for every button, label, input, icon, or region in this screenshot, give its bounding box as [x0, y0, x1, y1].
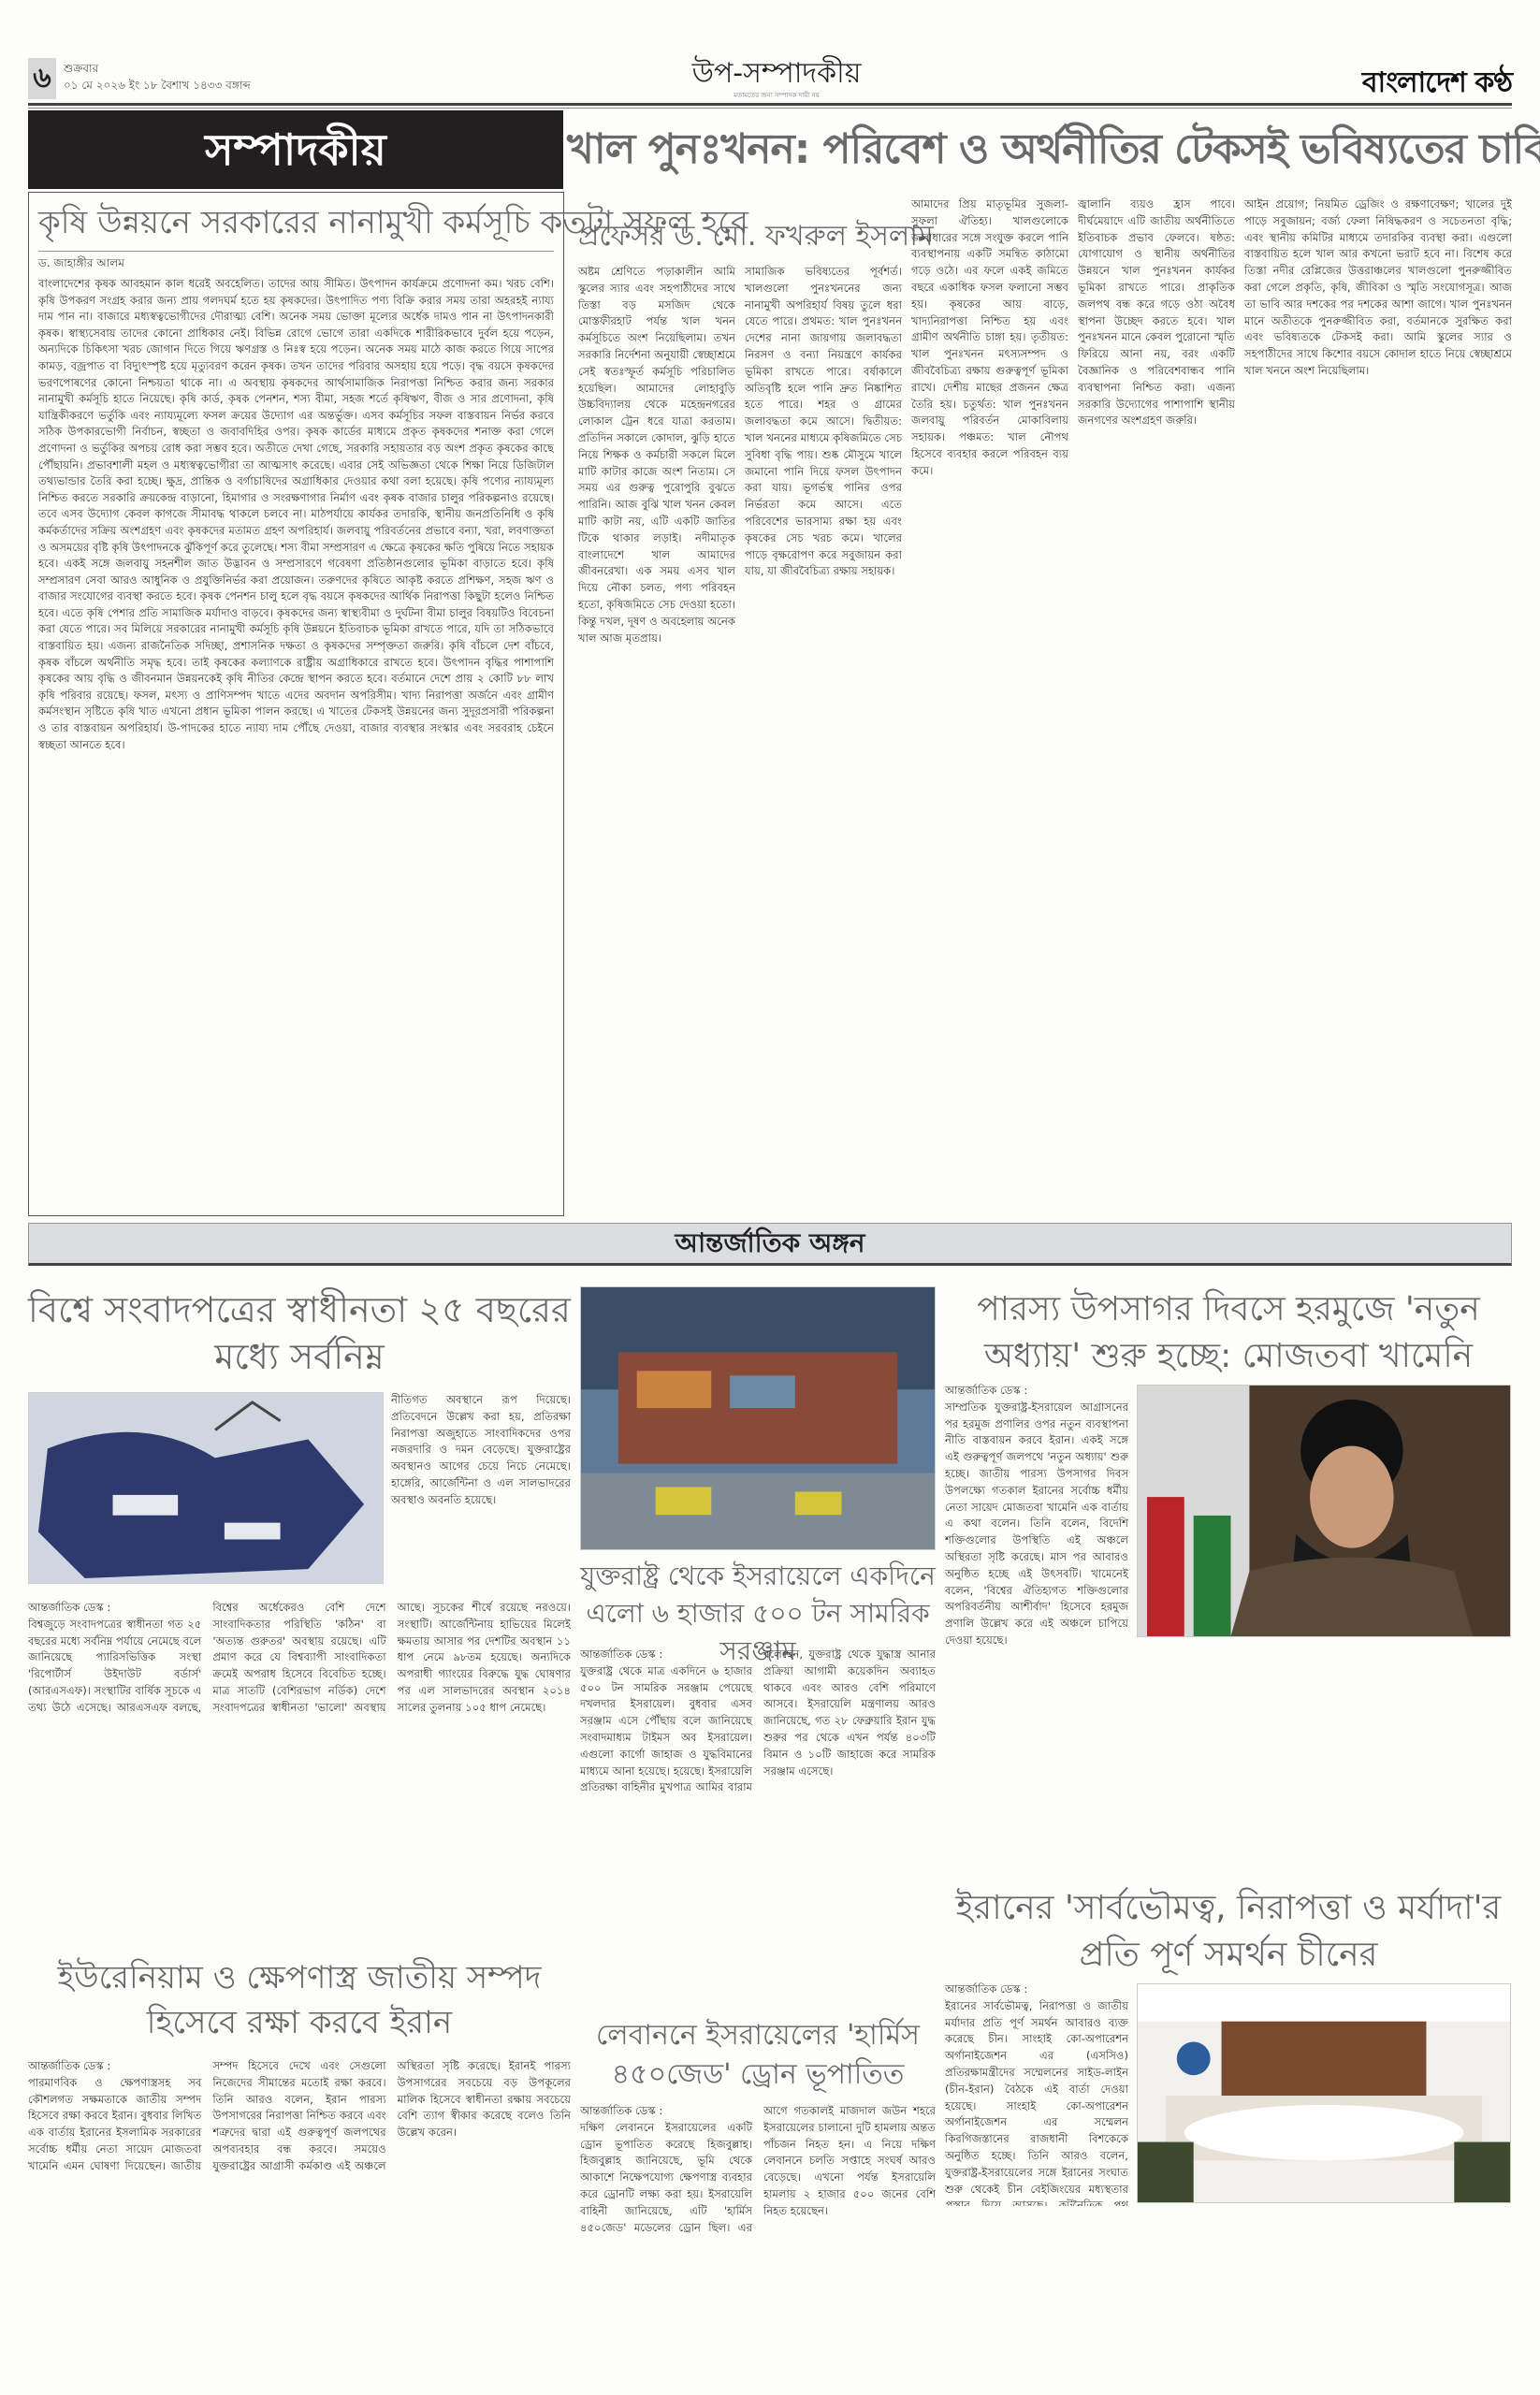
dateline: আন্তর্জাতিক ডেস্ক : — [28, 1600, 201, 1617]
dateline: আন্তর্জাতিক ডেস্ক : — [28, 2058, 201, 2075]
article-headline-press-freedom[interactable]: বিশ্বে সংবাদপত্রের স্বাধীনতা ২৫ বছরের মধ… — [28, 1286, 571, 1380]
article-body-hermes-drone: আন্তর্জাতিক ডেস্ক : দক্ষিণ লেবাননে ইসরায… — [580, 2103, 936, 2376]
opinion-headline[interactable]: খাল পুনঃখনন: পরিবেশ ও অর্থনীতির টেকসই ভব… — [567, 110, 1512, 189]
photo-press-vests-icon — [29, 1393, 383, 1583]
article-text: যুক্তরাষ্ট্র থেকে মাত্র একদিনে ৬ হাজার ৫… — [580, 1647, 936, 1796]
press-vests-photo — [28, 1392, 384, 1584]
article-text: দক্ষিণ লেবাননে ইসরায়েলের একটি ড্রোন ভূপ… — [580, 2103, 936, 2236]
article-headline-hermes-drone[interactable]: লেবাননে ইসরায়েলের 'হার্মিস ৪৫০জেড' ড্রো… — [580, 2016, 936, 2095]
photo-meeting-icon — [1138, 1984, 1510, 2202]
article-headline-uranium[interactable]: ইউরেনিয়াম ও ক্ষেপণাস্ত্র জাতীয় সম্পদ হ… — [28, 1955, 571, 2045]
article-body-military-equipment: আন্তর্জাতিক ডেস্ক : যুক্তরাষ্ট্র থেকে মা… — [580, 1647, 936, 2011]
dateline: আন্তর্জাতিক ডেস্ক : — [945, 1383, 1128, 1400]
khamenei-portrait-photo — [1137, 1385, 1511, 1637]
section-header: উপ-সম্পাদকীয় মতামতের জন্য সম্পাদক দায়ী… — [599, 58, 954, 101]
article-text: পারমাণবিক ও ক্ষেপণাস্ত্রসহ সব কৌশলগত সক্… — [28, 2058, 571, 2175]
article-lead-china-support: আন্তর্জাতিক ডেস্ক : ইরানের সার্বভৌমত্ব, … — [945, 1981, 1128, 2206]
weekday: শুক্রবার — [64, 60, 251, 77]
dateline: আন্তর্জাতিক ডেস্ক : — [945, 1981, 1128, 1998]
opinion-column-3: আমাদের প্রিয় মাতৃভূমির সুজলা-সুফলা ঐতিহ… — [911, 196, 1068, 1204]
article-body-persian-gulf-cont — [945, 1651, 1512, 1876]
editorial-article: কৃষি উন্নয়নে সরকারের নানামুখী কর্মসূচি … — [28, 192, 564, 1216]
international-section-bar: আন্তর্জাতিক অঙ্গন — [28, 1223, 1512, 1266]
article-headline-china-support[interactable]: ইরানের 'সার্বভৌমত্ব, নিরাপত্তা ও মর্যাদা… — [945, 1885, 1512, 1979]
article-lead-persian-gulf: আন্তর্জাতিক ডেস্ক : সাম্প্রতিক যুক্তরাষ্… — [945, 1383, 1128, 1645]
date-block: শুক্রবার ০১ মে ২০২৬ ইং ১৮ বৈশাখ ১৪৩৩ বঙ্… — [64, 60, 251, 94]
newspaper-logo[interactable]: বাংলাদেশ কণ্ঠ — [1362, 60, 1512, 108]
photo-portrait-icon — [1138, 1386, 1510, 1636]
article-text: সাম্প্রতিক যুক্তরাষ্ট্র-ইসরায়েল আগ্রাসন… — [945, 1400, 1128, 1645]
photo-cargo-ship-icon — [581, 1287, 935, 1549]
cargo-ship-photo — [580, 1286, 936, 1550]
article-text: বিশ্বজুড়ে সংবাদপত্রের স্বাধীনতা গত ২৫ ব… — [28, 1600, 571, 1717]
editorial-body: বাংলাদেশের কৃষক আবহমান কাল ধরেই অবহেলিত।… — [38, 276, 554, 1202]
section-title: উপ-সম্পাদকীয় — [599, 58, 954, 90]
dateline: আন্তর্জাতিক ডেস্ক : — [580, 2103, 752, 2120]
article-headline-persian-gulf[interactable]: পারস্য উপসাগর দিবসে হরমুজে 'নতুন অধ্যায়… — [945, 1286, 1512, 1380]
article-lead-press-freedom: নীতিগত অবস্থানে রূপ দিয়েছে। প্রতিবেদনে … — [391, 1392, 571, 1584]
opinion-column-4: জ্বালানি ব্যয়ও হ্রাস পাবে। দীর্ঘমেয়াদে… — [1078, 196, 1235, 1204]
editorial-banner: সম্পাদকীয় — [28, 110, 563, 189]
opinion-column-1: অষ্টম শ্রেণিতে পড়াকালীন আমি স্কুলের স্য… — [578, 264, 735, 1204]
section-disclaimer: মতামতের জন্য সম্পাদক দায়ী নয় — [599, 90, 954, 101]
article-body-china-support-cont — [945, 2213, 1512, 2376]
masthead: ৬ শুক্রবার ০১ মে ২০২৬ ইং ১৮ বৈশাখ ১৪৩৩ ব… — [28, 58, 1512, 101]
sco-meeting-photo — [1137, 1983, 1511, 2203]
issue-date: ০১ মে ২০২৬ ইং ১৮ বৈশাখ ১৪৩৩ বঙ্গাব্দ — [64, 77, 251, 94]
header-divider — [28, 103, 1512, 109]
article-body-uranium: আন্তর্জাতিক ডেস্ক : পারমাণবিক ও ক্ষেপণাস… — [28, 2058, 571, 2376]
opinion-column-5: আইন প্রয়োগ; নিয়মিত ড্রেজিং ও রক্ষণাবেক… — [1244, 196, 1512, 1204]
opinion-column-2: সামাজিক ভবিষ্যতের পূর্বশর্ত। খালগুলো পুন… — [745, 264, 902, 1204]
article-text: ইরানের সার্বভৌমত্ব, নিরাপত্তা ও জাতীয় ম… — [945, 1998, 1128, 2206]
editorial-byline: ড. জাহাঙ্গীর আলম — [38, 255, 554, 274]
dateline: আন্তর্জাতিক ডেস্ক : — [580, 1647, 752, 1663]
opinion-author: প্রফেসর ড. মো. ফখরুল ইসলাম — [578, 213, 934, 261]
article-body-press-freedom: আন্তর্জাতিক ডেস্ক : বিশ্বজুড়ে সংবাদপত্র… — [28, 1600, 571, 1937]
editorial-headline[interactable]: কৃষি উন্নয়নে সরকারের নানামুখী কর্মসূচি … — [38, 200, 554, 252]
page-number: ৬ — [28, 58, 56, 99]
